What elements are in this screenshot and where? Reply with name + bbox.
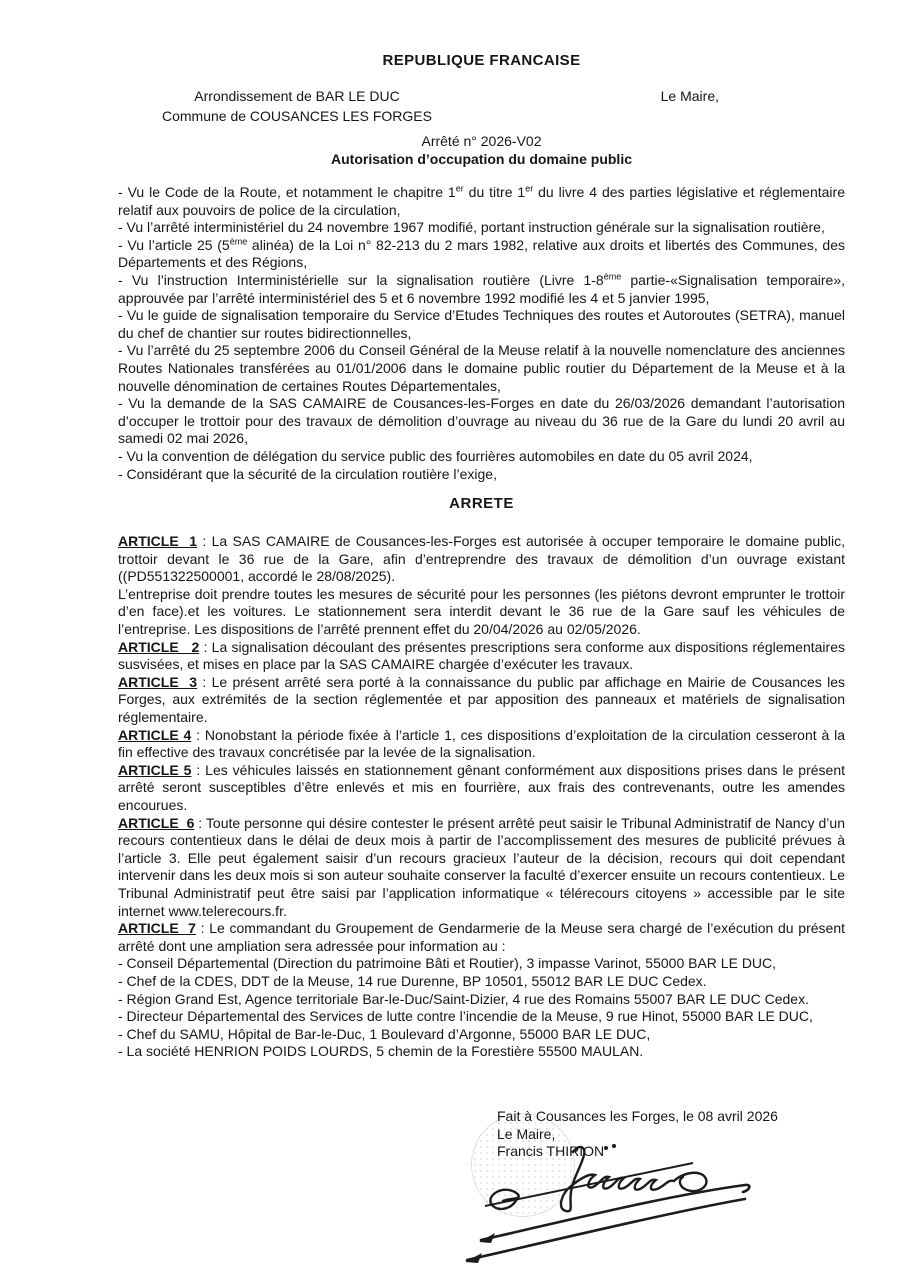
article-separator: :: [197, 533, 212, 549]
visa-item: - Vu l’article 25 (5ème alinéa) de la Lo…: [118, 237, 845, 272]
article-1: ARTICLE 1 : La SAS CAMAIRE de Cousances-…: [118, 533, 845, 639]
article-list: ARTICLE 1 : La SAS CAMAIRE de Cousances-…: [118, 533, 845, 1061]
article-text: Le présent arrêté sera porté à la connai…: [118, 674, 845, 725]
page-title: Autorisation d’occupation du domaine pub…: [118, 151, 845, 167]
maire-line: Le Maire,: [661, 86, 719, 126]
article-text: Nonobstant la période fixée à l’article …: [118, 727, 845, 761]
article-separator: :: [196, 920, 209, 936]
article-label: ARTICLE 3: [118, 674, 197, 690]
masthead-left: Arrondissement de BAR LE DUC Commune de …: [162, 86, 432, 126]
article-separator: :: [191, 762, 205, 778]
article-text: Les véhicules laissés en stationnement g…: [118, 762, 845, 813]
signature-place-date: Fait à Cousances les Forges, le 08 avril…: [497, 1108, 855, 1126]
signature-block: Fait à Cousances les Forges, le 08 avril…: [455, 1108, 855, 1272]
arrete-number: Arrêté n° 2026-V02: [118, 133, 845, 149]
article-2: ARTICLE 2 : La signalisation découlant d…: [118, 639, 845, 674]
arrete-heading: ARRETE: [118, 495, 845, 512]
visa-item: - Vu la convention de délégation du serv…: [118, 448, 845, 466]
visa-item: - Vu le guide de signalisation temporair…: [118, 307, 845, 342]
article-separator: :: [197, 674, 212, 690]
visa-list: - Vu le Code de la Route, et notamment l…: [118, 184, 845, 483]
article-7: ARTICLE 7 : Le commandant du Groupement …: [118, 920, 845, 1061]
article-separator: :: [194, 815, 206, 831]
visa-item: - Considérant que la sécurité de la circ…: [118, 466, 845, 484]
arrondissement-line: Arrondissement de BAR LE DUC: [162, 86, 432, 106]
visa-item: - Vu la demande de la SAS CAMAIRE de Cou…: [118, 395, 845, 448]
article-label: ARTICLE 1: [118, 533, 197, 549]
document-page: REPUBLIQUE FRANCAISE Arrondissement de B…: [0, 0, 900, 1272]
article-label: ARTICLE 5: [118, 762, 191, 778]
article-3: ARTICLE 3 : Le présent arrêté sera porté…: [118, 674, 845, 727]
article-text: Le commandant du Groupement de Gendarmer…: [118, 920, 845, 1059]
article-separator: :: [199, 639, 211, 655]
masthead: Arrondissement de BAR LE DUC Commune de …: [118, 86, 845, 126]
visa-item: - Vu l’arrêté du 25 septembre 2006 du Co…: [118, 342, 845, 395]
commune-line: Commune de COUSANCES LES FORGES: [162, 106, 432, 126]
article-label: ARTICLE 6: [118, 815, 194, 831]
republique-heading: REPUBLIQUE FRANCAISE: [118, 52, 845, 69]
visa-item: - Vu l’instruction Interministérielle su…: [118, 272, 845, 307]
article-text: La signalisation découlant des présentes…: [118, 639, 845, 673]
article-5: ARTICLE 5 : Les véhicules laissés en sta…: [118, 762, 845, 815]
handwritten-signature-icon: [455, 1136, 815, 1272]
article-4: ARTICLE 4 : Nonobstant la période fixée …: [118, 727, 845, 762]
article-text: Toute personne qui désire contester le p…: [118, 815, 845, 919]
visa-item: - Vu l’arrêté interministériel du 24 nov…: [118, 219, 845, 237]
article-label: ARTICLE 7: [118, 920, 196, 936]
article-label: ARTICLE 2: [118, 639, 199, 655]
article-separator: :: [191, 727, 205, 743]
document-content: REPUBLIQUE FRANCAISE Arrondissement de B…: [0, 0, 900, 1061]
article-label: ARTICLE 4: [118, 727, 191, 743]
article-text: La SAS CAMAIRE de Cousances-les-Forges e…: [118, 533, 845, 637]
article-6: ARTICLE 6 : Toute personne qui désire co…: [118, 815, 845, 921]
visa-item: - Vu le Code de la Route, et notamment l…: [118, 184, 845, 219]
